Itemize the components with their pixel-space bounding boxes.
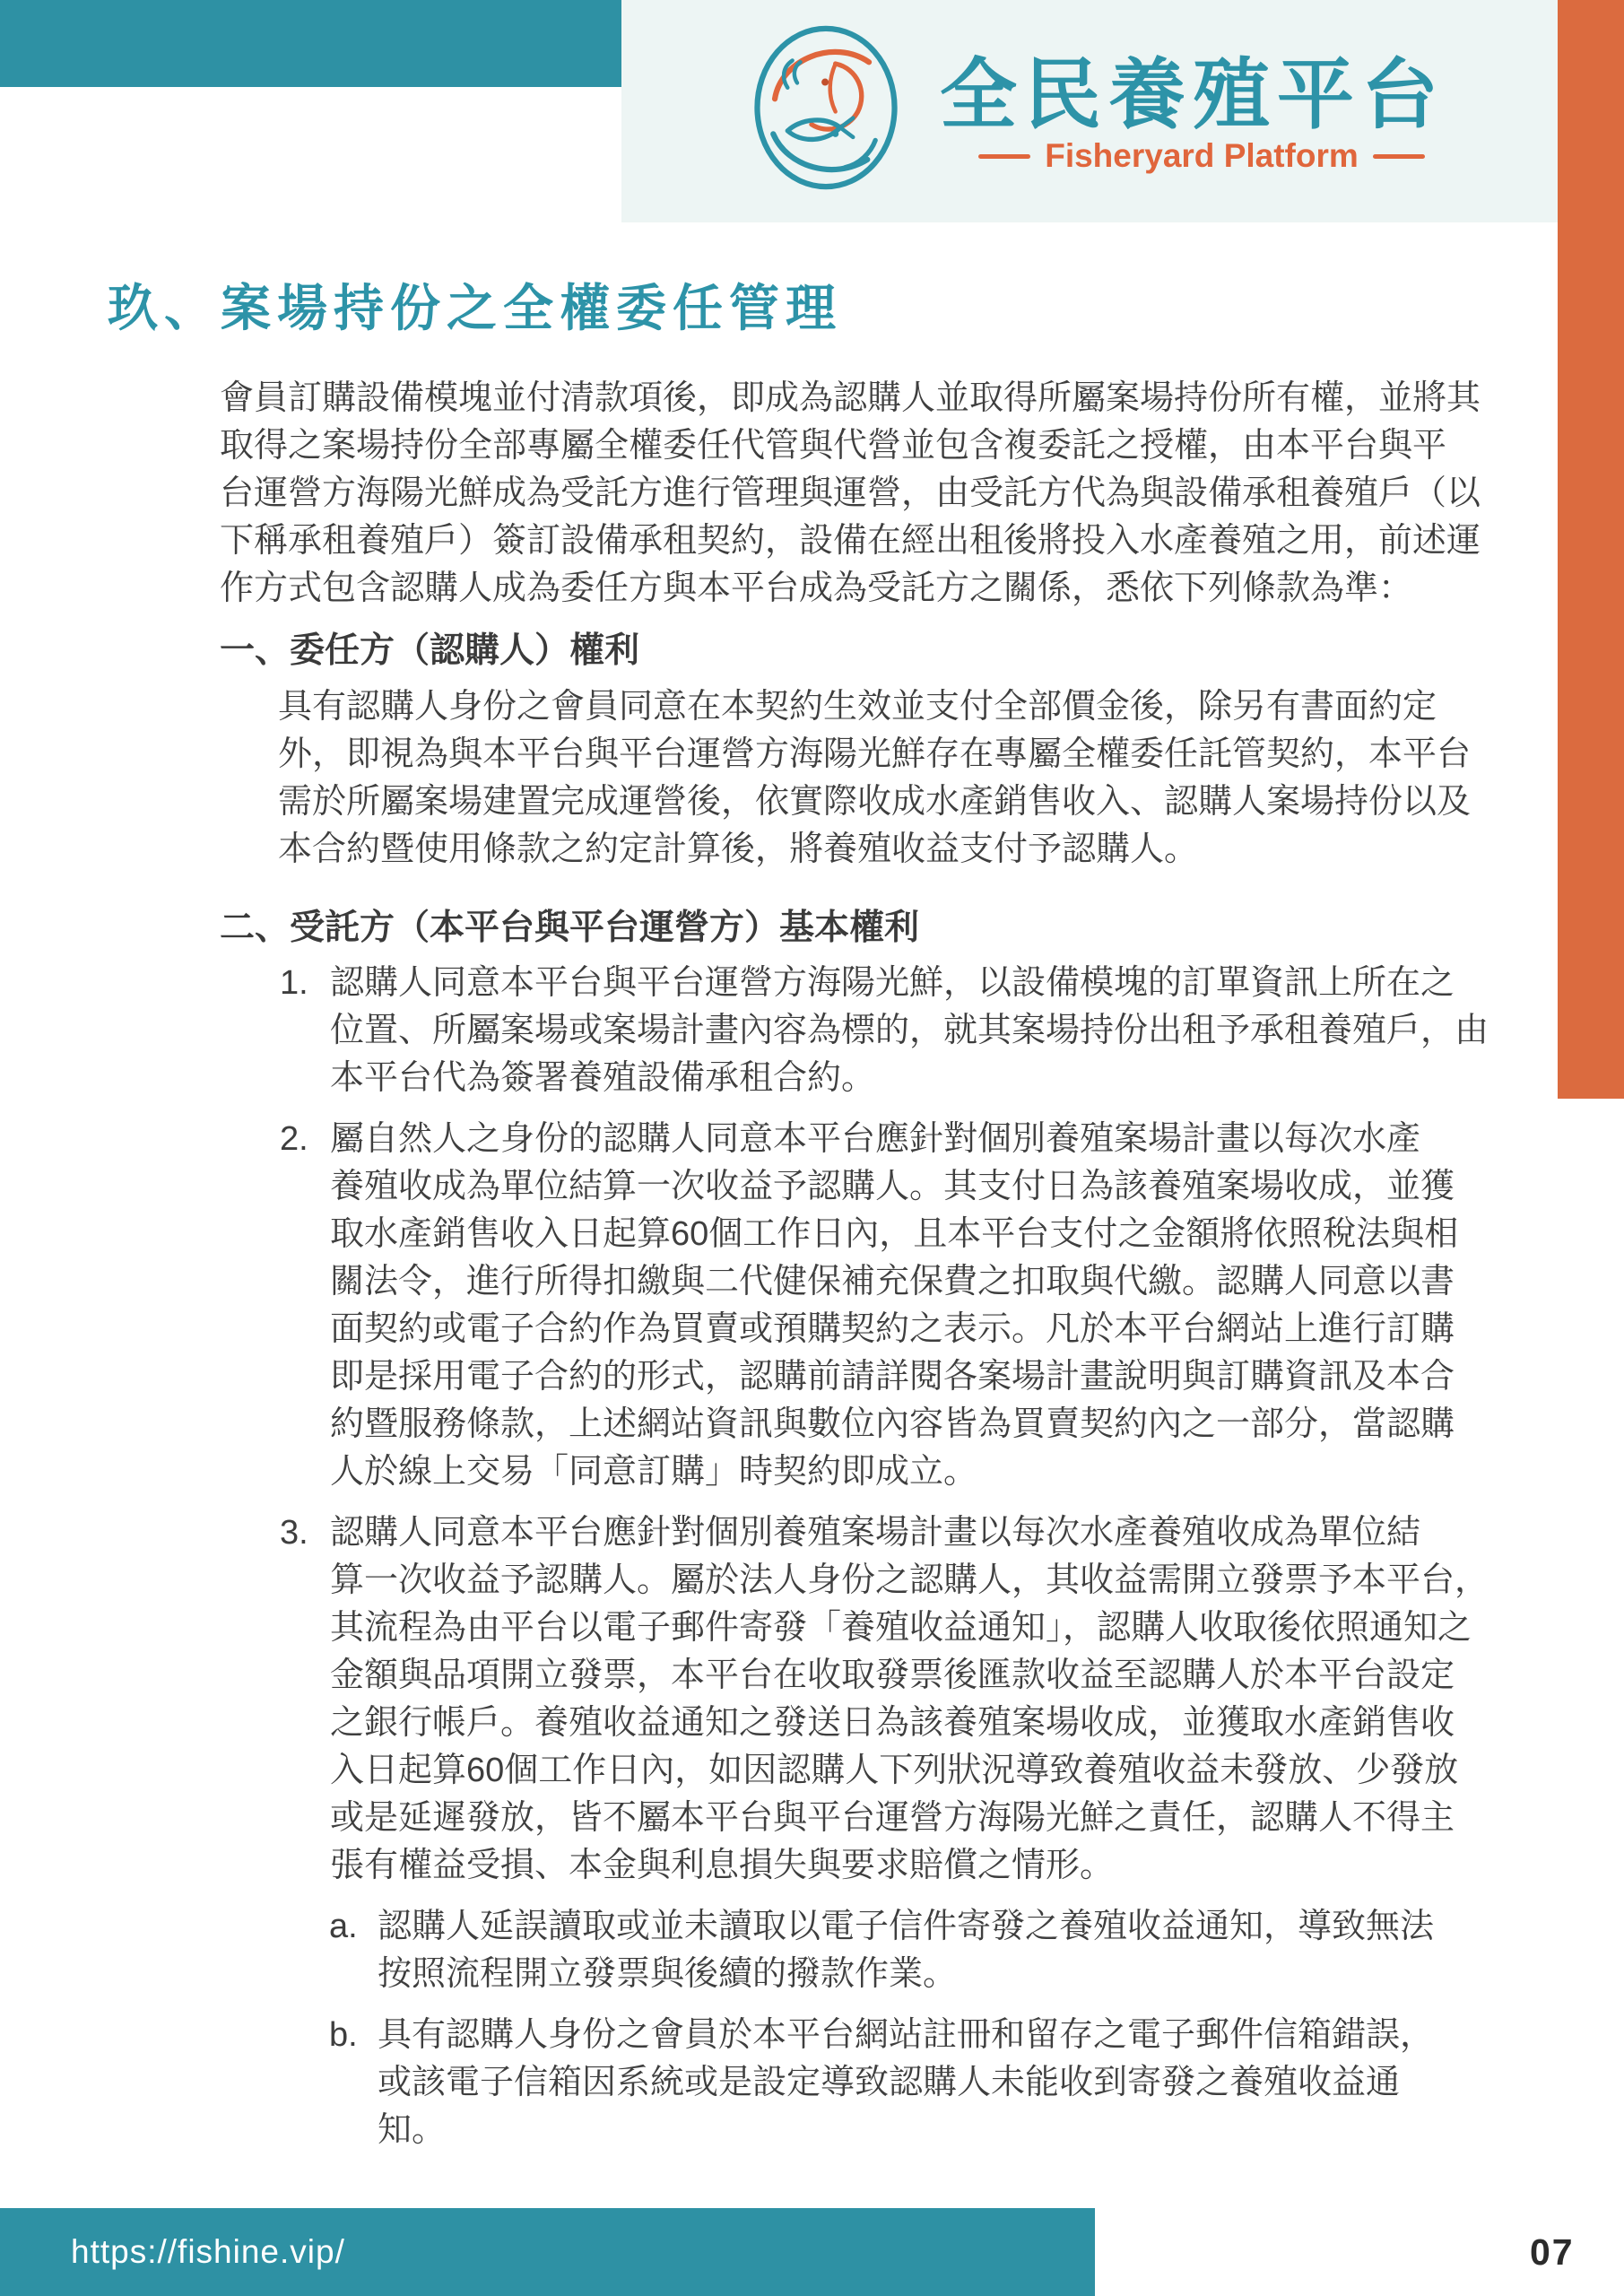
text-line: 按照流程開立發票與後續的撥款作業。 (378, 1951, 1434, 1998)
section2-heading: 二、受託方（本平台與平台運營方）基本權利 (220, 908, 919, 949)
text-line: 算一次收益予認購人。屬於法人身份之認購人，其收益需開立發票予本平台， (330, 1557, 1489, 1605)
text-line: 作方式包含認購人成為委任方與本平台成為受託方之關係，悉依下列條款為準： (220, 565, 1481, 613)
list-item-text: 認購人同意本平台與平台運營方海陽光鮮，以設備模塊的訂單資訊上所在之位置、所屬案場… (330, 960, 1489, 1102)
text-line: 認購人同意本平台與平台運營方海陽光鮮，以設備模塊的訂單資訊上所在之 (330, 960, 1489, 1007)
document-page: { "header": { "logo": { "title": "全民養殖平台… (0, 0, 1624, 2296)
text-line: 張有權益受損、本金與利息損失與要求賠償之情形。 (330, 1842, 1489, 1890)
text-line: 具有認購人身份之會員同意在本契約生效並支付全部價金後，除另有書面約定 (278, 683, 1471, 731)
text-line: 本合約暨使用條款之約定計算後，將養殖收益支付予認購人。 (278, 826, 1471, 874)
list-item-number: 3. (280, 1509, 308, 1557)
text-line: 位置、所屬案場或案場計畫內容為標的，就其案場持份出租予承租養殖戶，由 (330, 1007, 1489, 1055)
section1-heading: 一、委任方（認購人）權利 (220, 631, 639, 672)
footer-bar: https://fishine.vip/ (0, 2208, 1095, 2296)
text-line: 外，即視為與本平台與平台運營方海陽光鮮存在專屬全權委任託管契約，本平台 (278, 731, 1471, 778)
header-teal-block (0, 0, 621, 87)
logo-subtitle-text: Fisheryard Platform (1045, 137, 1359, 175)
text-line: 取得之案場持份全部專屬全權委任代管與代營並包含複委託之授權，由本平台與平 (220, 422, 1481, 470)
text-line: 知。 (378, 2107, 1434, 2154)
text-line: 入日起算60個工作日內，如因認購人下列狀況導致養殖收益未發放、少發放 (330, 1747, 1489, 1795)
text-line: 取水產銷售收入日起算60個工作日內，且本平台支付之金額將依照稅法與相 (330, 1211, 1458, 1258)
text-line: 養殖收成為單位結算一次收益予認購人。其支付日為該養殖案場收成，並獲 (330, 1163, 1458, 1211)
sublist-item-letter: a. (329, 1903, 358, 1951)
list-item-number: 1. (280, 960, 308, 1007)
text-line: 需於所屬案場建置完成運營後，依實際收成水產銷售收入、認購人案場持份以及 (278, 778, 1471, 826)
footer-url: https://fishine.vip/ (71, 2208, 345, 2296)
text-line: 或該電子信箱因系統或是設定導致認購人未能收到寄發之養殖收益通 (378, 2059, 1434, 2107)
text-line: 關法令，進行所得扣繳與二代健保補充保費之扣取與代繳。認購人同意以書 (330, 1258, 1458, 1306)
sublist-item-letter: b. (329, 2012, 358, 2059)
text-line: 會員訂購設備模塊並付清款項後，即成為認購人並取得所屬案場持份所有權，並將其 (220, 375, 1481, 422)
text-line: 約暨服務條款，上述網站資訊與數位內容皆為買賣契約內之一部分，當認購 (330, 1401, 1458, 1448)
page-title: 玖、案場持份之全權委任管理 (108, 269, 842, 341)
text-line: 台運營方海陽光鮮成為受託方進行管理與運營，由受託方代為與設備承租養殖戶（以 (220, 470, 1481, 517)
text-line: 其流程為由平台以電子郵件寄發「養殖收益通知」，認購人收取後依照通知之 (330, 1605, 1489, 1652)
list-item-text: 認購人同意本平台應針對個別養殖案場計畫以每次水產養殖收成為單位結算一次收益予認購… (330, 1509, 1489, 1890)
list-item-number: 2. (280, 1116, 308, 1163)
text-line: 即是採用電子合約的形式，認購前請詳閱各案場計畫說明與訂購資訊及本合 (330, 1353, 1458, 1401)
text-line: 金額與品項開立發票，本平台在收取發票後匯款收益至認購人於本平台設定 (330, 1652, 1489, 1700)
sublist-item-text: 認購人延誤讀取或並未讀取以電子信件寄發之養殖收益通知，導致無法按照流程開立發票與… (378, 1903, 1434, 1998)
text-line: 認購人同意本平台應針對個別養殖案場計畫以每次水產養殖收成為單位結 (330, 1509, 1489, 1557)
logo-subtitle: Fisheryard Platform (933, 136, 1471, 176)
intro-paragraph: 會員訂購設備模塊並付清款項後，即成為認購人並取得所屬案場持份所有權，並將其取得之… (220, 375, 1481, 613)
section1-paragraph: 具有認購人身份之會員同意在本契約生效並支付全部價金後，除另有書面約定外，即視為與… (278, 683, 1471, 874)
text-line: 本平台代為簽署養殖設備承租合約。 (330, 1055, 1489, 1102)
text-line: 人於線上交易「同意訂購」時契約即成立。 (330, 1448, 1458, 1496)
page-number: 07 (1530, 2231, 1575, 2274)
text-line: 認購人延誤讀取或並未讀取以電子信件寄發之養殖收益通知，導致無法 (378, 1903, 1434, 1951)
text-line: 下稱承租養殖戶）簽訂設備承租契約，設備在經出租後將投入水產養殖之用，前述運 (220, 517, 1481, 565)
text-line: 之銀行帳戶。養殖收益通知之發送日為該養殖案場收成，並獲取水產銷售收 (330, 1700, 1489, 1747)
text-line: 屬自然人之身份的認購人同意本平台應針對個別養殖案場計畫以每次水產 (330, 1116, 1458, 1163)
text-line: 具有認購人身份之會員於本平台網站註冊和留存之電子郵件信箱錯誤， (378, 2012, 1434, 2059)
text-line: 面契約或電子合約作為買賣或預購契約之表示。凡於本平台網站上進行訂購 (330, 1306, 1458, 1353)
side-accent-bar (1558, 0, 1624, 1099)
logo-title: 全民養殖平台 (940, 32, 1478, 143)
fish-hand-logo-icon (746, 20, 906, 196)
text-line: 或是延遲發放，皆不屬本平台與平台運營方海陽光鮮之責任，認購人不得主 (330, 1795, 1489, 1842)
list-item-text: 屬自然人之身份的認購人同意本平台應針對個別養殖案場計畫以每次水產養殖收成為單位結… (330, 1116, 1458, 1496)
sublist-item-text: 具有認購人身份之會員於本平台網站註冊和留存之電子郵件信箱錯誤，或該電子信箱因系統… (378, 2012, 1434, 2154)
